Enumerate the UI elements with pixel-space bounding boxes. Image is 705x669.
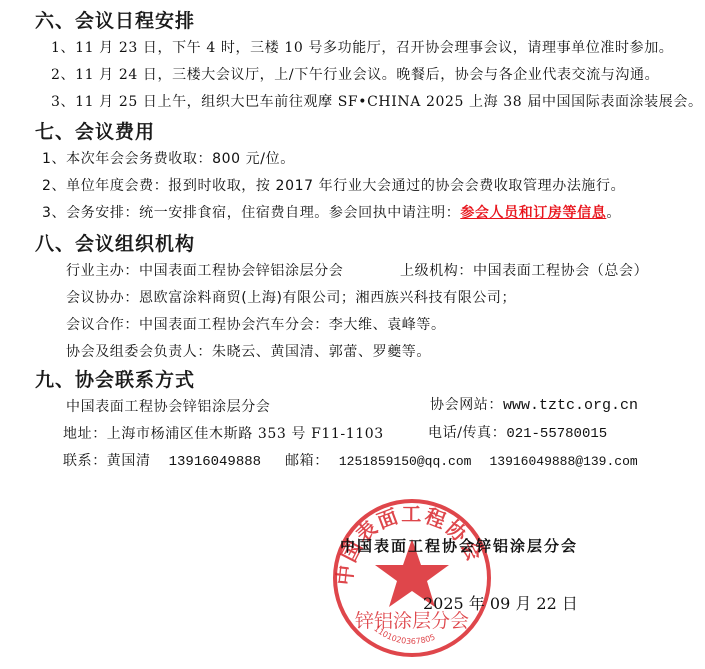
website-link[interactable]: www.tztc.org.cn bbox=[503, 397, 638, 414]
contact-phone: 13916049888 bbox=[169, 454, 261, 470]
phone-label: 电话/传真： bbox=[428, 425, 506, 441]
official-seal-icon: 中国表面工程协会 锌铝涂层分会 1101020367805 bbox=[331, 497, 493, 659]
registration-info-highlight: 参会人员和订房等信息 bbox=[460, 205, 606, 221]
phone-line: 电话/传真：021-55780015 bbox=[428, 422, 607, 442]
address-line: 地址：上海市杨浦区佳木斯路 353 号 F11-1103 bbox=[63, 423, 384, 443]
email-139[interactable]: 13916049888@139.com bbox=[489, 454, 637, 469]
email-qq[interactable]: 1251859150@qq.com bbox=[339, 454, 472, 469]
contact-person: 联系：黄国清 bbox=[63, 453, 151, 469]
fee-item-2: 2、单位年度会费：报到时收取，按 2017 年行业大会通过的协会会费收取管理办法… bbox=[42, 175, 625, 195]
superior-org-line: 上级机构：中国表面工程协会（总会） bbox=[400, 260, 648, 280]
website-line: 协会网站：www.tztc.org.cn bbox=[430, 394, 638, 414]
document-page: 六、会议日程安排 1、11 月 23 日，下午 4 时，三楼 10 号多功能厅，… bbox=[0, 0, 705, 669]
fee-item-3-suffix: 。 bbox=[606, 205, 621, 221]
phone-number: 021-55780015 bbox=[506, 426, 607, 442]
email-label: 邮箱： bbox=[285, 453, 329, 469]
section-heading-organization: 八、会议组织机构 bbox=[35, 229, 195, 256]
signature-org: 中国表面工程协会锌铝涂层分会 bbox=[340, 535, 578, 556]
contact-line: 联系：黄国清 13916049888 邮箱： 1251859150@qq.com… bbox=[63, 450, 638, 470]
signature-date: 2025 年 09 月 22 日 bbox=[423, 591, 578, 614]
fee-item-3-text: 3、会务安排：统一安排食宿，住宿费自理。参会回执中请注明： bbox=[42, 205, 460, 221]
fee-item-3: 3、会务安排：统一安排食宿，住宿费自理。参会回执中请注明：参会人员和订房等信息。 bbox=[42, 202, 621, 222]
website-label: 协会网站： bbox=[430, 397, 503, 413]
schedule-item-3: 3、11 月 25 日上午，组织大巴车前往观摩 SF•CHINA 2025 上海… bbox=[51, 91, 703, 111]
co-organizer-line: 会议协办：恩欧富涂料商贸(上海)有限公司；湘西族兴科技有限公司； bbox=[66, 287, 516, 307]
section-heading-schedule: 六、会议日程安排 bbox=[35, 6, 195, 33]
organizer-line: 行业主办：中国表面工程协会锌铝涂层分会 bbox=[66, 260, 343, 280]
leaders-line: 协会及组委会负责人：朱晓云、黄国清、郭蕾、罗夔等。 bbox=[66, 341, 431, 361]
partner-line: 会议合作：中国表面工程协会汽车分会：李大维、袁峰等。 bbox=[66, 314, 446, 334]
schedule-item-2: 2、11 月 24 日，三楼大会议厅，上/下午行业会议。晚餐后，协会与各企业代表… bbox=[51, 64, 659, 84]
fee-item-1: 1、本次年会会务费收取：800 元/位。 bbox=[42, 148, 295, 168]
section-heading-fees: 七、会议费用 bbox=[35, 117, 155, 144]
section-heading-contact: 九、协会联系方式 bbox=[35, 365, 195, 392]
schedule-item-1: 1、11 月 23 日，下午 4 时，三楼 10 号多功能厅，召开协会理事会议，… bbox=[51, 37, 673, 57]
contact-org-name: 中国表面工程协会锌铝涂层分会 bbox=[66, 396, 270, 416]
